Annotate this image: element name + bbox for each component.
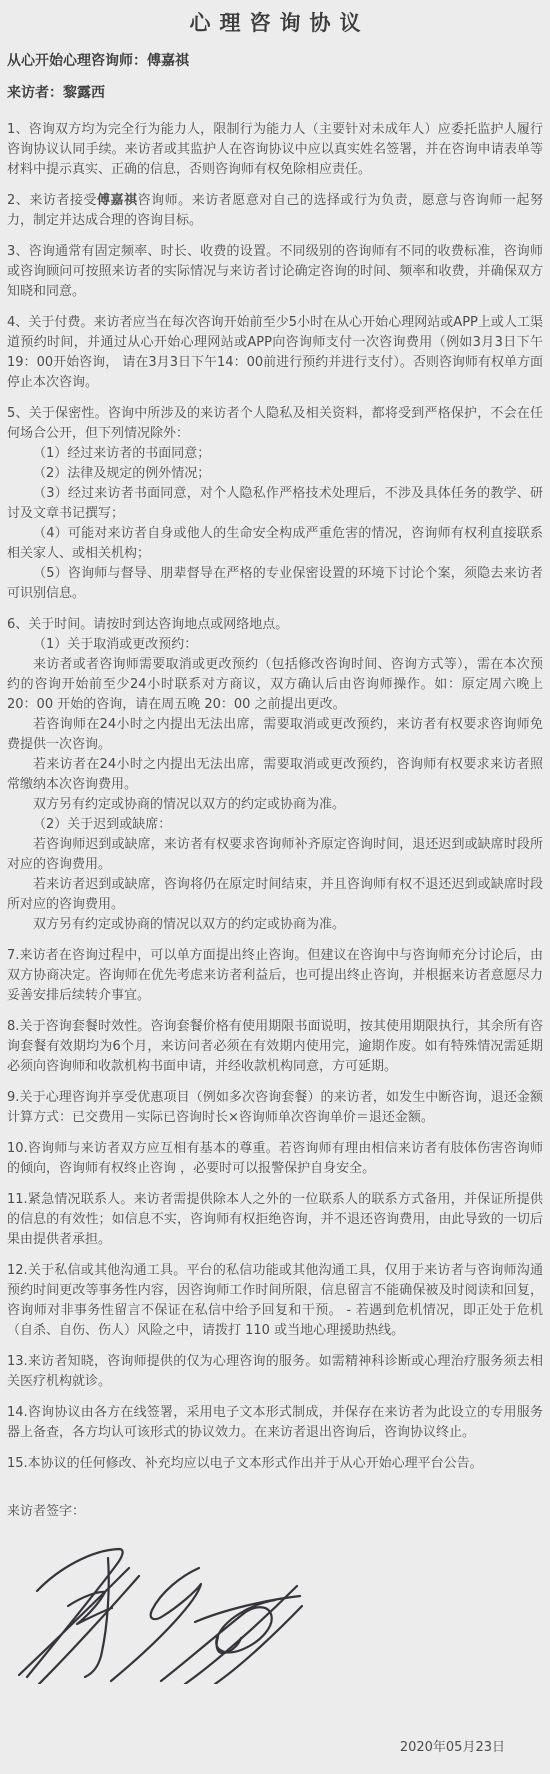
clause-paragraph: 7.来访者在咨询过程中，可以单方面提出终止咨询。但建议在咨询中与咨询师充分讨论后… bbox=[7, 946, 543, 1006]
clause-paragraph: 15.本协议的任何修改、补充均应以电子文本形式作出并于从心开始心理平台公告。 bbox=[7, 1454, 543, 1474]
page-title: 心理咨询协议 bbox=[7, 8, 543, 38]
clause-subparagraph: （1）经过来访者的书面同意； bbox=[7, 444, 543, 464]
clause-text: （2）法律及规定的例外情况； bbox=[33, 466, 210, 481]
clause-text: 双方另有约定或协商的情况以双方的约定或协商为准。 bbox=[33, 797, 345, 812]
signature-scrawl-image bbox=[13, 1534, 303, 1684]
agreement-document: 心理咨询协议 从心开始心理咨询师：傅嘉祺 来访者：黎露西 1、咨询双方均为完全行… bbox=[0, 0, 550, 1774]
clause-text: 3、咨询通常有固定频率、时长、收费的设置。不同级别的咨询师有不同的收费标准，咨询… bbox=[7, 244, 543, 299]
clause-text: 4、关于付费。来访者应当在每次咨询开始前至少5小时在从心开始心理网站或APP上或… bbox=[7, 315, 543, 390]
clause-paragraph: 14.咨询协议由各方在线签署，采用电子文本形式制成，并保存在来访者为此设立的专用… bbox=[7, 1403, 543, 1443]
clause-text: （5）咨询师与督导、朋辈督导在严格的专业保密设置的环境下讨论个案，须隐去来访者可… bbox=[7, 566, 543, 601]
clause-paragraph: 13.来访者知晓，咨询师提供的仅为心理咨询的服务。如需精神科诊断或心理治疗服务须… bbox=[7, 1352, 543, 1392]
clause-text: （3）经过来访者书面同意，对个人隐私作严格技术处理后，不涉及具体任务的教学、研讨… bbox=[7, 486, 543, 521]
signature-label: 来访者签字： bbox=[7, 1502, 543, 1522]
clause-subparagraph: （4）可能对来访者自身或他人的生命安全构成严重危害的情况，咨询师有权利直接联系相… bbox=[7, 524, 543, 564]
visitor-signature bbox=[13, 1534, 308, 1684]
clause-text: （4）可能对来访者自身或他人的生命安全构成严重危害的情况，咨询师有权利直接联系相… bbox=[7, 526, 543, 561]
clause-subparagraph: 双方另有约定或协商的情况以双方的约定或协商为准。 bbox=[7, 915, 543, 935]
clause-text: 若咨询师迟到或缺席，来访者有权要求咨询师补齐原定咨询时间，退还迟到或缺席时段所对… bbox=[7, 837, 543, 872]
clause-text: 若来访者在24小时之内提出无法出席，需要取消或更改预约，咨询师有权要求来访者照常… bbox=[7, 757, 543, 792]
clause-subparagraph: （1）关于取消或更改预约： bbox=[7, 635, 543, 655]
clause-paragraph: 12.关于私信或其他沟通工具。平台的私信功能或其他沟通工具，仅用于来访者与咨询师… bbox=[7, 1261, 543, 1341]
clause-subparagraph: （5）咨询师与督导、朋辈督导在严格的专业保密设置的环境下讨论个案，须隐去来访者可… bbox=[7, 564, 543, 604]
clause-subparagraph: （2）关于迟到或缺席： bbox=[7, 815, 543, 835]
visitor-line: 来访者：黎露西 bbox=[7, 84, 543, 102]
clause-text: 若咨询师在24小时之内提出无法出席，需要取消或更改预约，来访者有权要求咨询师免费… bbox=[7, 717, 543, 752]
counselor-name-bold: 傅嘉祺 bbox=[97, 193, 138, 208]
clause-text: 9.关于心理咨询并享受优惠项目（例如多次咨询套餐）的来访者，如发生中断咨询，退还… bbox=[7, 1090, 543, 1125]
clause-text: 5、关于保密性。咨询中所涉及的来访者个人隐私及相关资料，都将受到严格保护，不会在… bbox=[7, 406, 543, 441]
clause-text: 13.来访者知晓，咨询师提供的仅为心理咨询的服务。如需精神科诊断或心理治疗服务须… bbox=[7, 1354, 543, 1389]
clause-paragraph: 2、来访者接受傅嘉祺咨询师。来访者愿意对自己的选择或行为负责，愿意与咨询师一起努… bbox=[7, 191, 543, 231]
clause-subparagraph: 来访者或者咨询师需要取消或更改预约（包括修改咨询时间、咨询方式等），需在本次预约… bbox=[7, 655, 543, 715]
clause-paragraph: 3、咨询通常有固定频率、时长、收费的设置。不同级别的咨询师有不同的收费标准，咨询… bbox=[7, 242, 543, 302]
clause-subparagraph: 若咨询师迟到或缺席，来访者有权要求咨询师补齐原定咨询时间，退还迟到或缺席时段所对… bbox=[7, 835, 543, 875]
clause-paragraph: 4、关于付费。来访者应当在每次咨询开始前至少5小时在从心开始心理网站或APP上或… bbox=[7, 313, 543, 393]
clause-subparagraph: （3）经过来访者书面同意，对个人隐私作严格技术处理后，不涉及具体任务的教学、研讨… bbox=[7, 484, 543, 524]
clause-paragraph: 11.紧急情况联系人。来访者需提供除本人之外的一位联系人的联系方式备用，并保证所… bbox=[7, 1190, 543, 1250]
clause-text: 10.咨询师与来访者双方应互相有基本的尊重。若咨询师有理由相信来访者有肢体伤害咨… bbox=[7, 1141, 543, 1176]
agreement-body: 1、咨询双方均为完全行为能力人，限制行为能力人（主要针对未成年人）应委托监护人履… bbox=[7, 120, 543, 1474]
clause-text: 来访者或者咨询师需要取消或更改预约（包括修改咨询时间、咨询方式等），需在本次预约… bbox=[7, 657, 543, 712]
clause-paragraph: 9.关于心理咨询并享受优惠项目（例如多次咨询套餐）的来访者，如发生中断咨询，退还… bbox=[7, 1088, 543, 1128]
clause-subparagraph: 若来访者迟到或缺席，咨询将仍在原定时间结束，并且咨询师有权不退还迟到或缺席时段所… bbox=[7, 875, 543, 915]
clause-text: 15.本协议的任何修改、补充均应以电子文本形式作出并于从心开始心理平台公告。 bbox=[7, 1456, 483, 1471]
clause-text: （2）关于迟到或缺席： bbox=[33, 817, 171, 832]
clause-text: 6、关于时间。请按时到达咨询地点或网络地点。 bbox=[7, 617, 288, 632]
clause-text: （1）关于取消或更改预约： bbox=[33, 637, 197, 652]
clause-text: 若来访者迟到或缺席，咨询将仍在原定时间结束，并且咨询师有权不退还迟到或缺席时段所… bbox=[7, 877, 543, 912]
clause-text: 8.关于咨询套餐时效性。咨询套餐价格有使用期限书面说明，按其使用期限执行，其余所… bbox=[7, 1019, 543, 1074]
clause-text: 7.来访者在咨询过程中，可以单方面提出终止咨询。但建议在咨询中与咨询师充分讨论后… bbox=[7, 948, 543, 1003]
clause-paragraph: 1、咨询双方均为完全行为能力人，限制行为能力人（主要针对未成年人）应委托监护人履… bbox=[7, 120, 543, 180]
clause-text: 双方另有约定或协商的情况以双方的约定或协商为准。 bbox=[33, 917, 345, 932]
clause-text: 11.紧急情况联系人。来访者需提供除本人之外的一位联系人的联系方式备用，并保证所… bbox=[7, 1192, 543, 1247]
clause-subparagraph: （2）法律及规定的例外情况； bbox=[7, 464, 543, 484]
clause-paragraph: 6、关于时间。请按时到达咨询地点或网络地点。 bbox=[7, 615, 543, 635]
clause-text: 2、来访者接受 bbox=[7, 193, 97, 208]
clause-text: 12.关于私信或其他沟通工具。平台的私信功能或其他沟通工具，仅用于来访者与咨询师… bbox=[7, 1263, 543, 1338]
clause-text: （1）经过来访者的书面同意； bbox=[33, 446, 210, 461]
clause-text: 14.咨询协议由各方在线签署，采用电子文本形式制成，并保存在来访者为此设立的专用… bbox=[7, 1405, 543, 1440]
clause-paragraph: 10.咨询师与来访者双方应互相有基本的尊重。若咨询师有理由相信来访者有肢体伤害咨… bbox=[7, 1139, 543, 1179]
clause-subparagraph: 双方另有约定或协商的情况以双方的约定或协商为准。 bbox=[7, 795, 543, 815]
clause-subparagraph: 若咨询师在24小时之内提出无法出席，需要取消或更改预约，来访者有权要求咨询师免费… bbox=[7, 715, 543, 755]
clause-text: 1、咨询双方均为完全行为能力人，限制行为能力人（主要针对未成年人）应委托监护人履… bbox=[7, 122, 543, 177]
agreement-date: 2020年05月23日 bbox=[7, 1736, 543, 1755]
clause-subparagraph: 若来访者在24小时之内提出无法出席，需要取消或更改预约，咨询师有权要求来访者照常… bbox=[7, 755, 543, 795]
counselor-line: 从心开始心理咨询师：傅嘉祺 bbox=[7, 52, 543, 70]
clause-paragraph: 8.关于咨询套餐时效性。咨询套餐价格有使用期限书面说明，按其使用期限执行，其余所… bbox=[7, 1017, 543, 1077]
clause-paragraph: 5、关于保密性。咨询中所涉及的来访者个人隐私及相关资料，都将受到严格保护，不会在… bbox=[7, 404, 543, 444]
